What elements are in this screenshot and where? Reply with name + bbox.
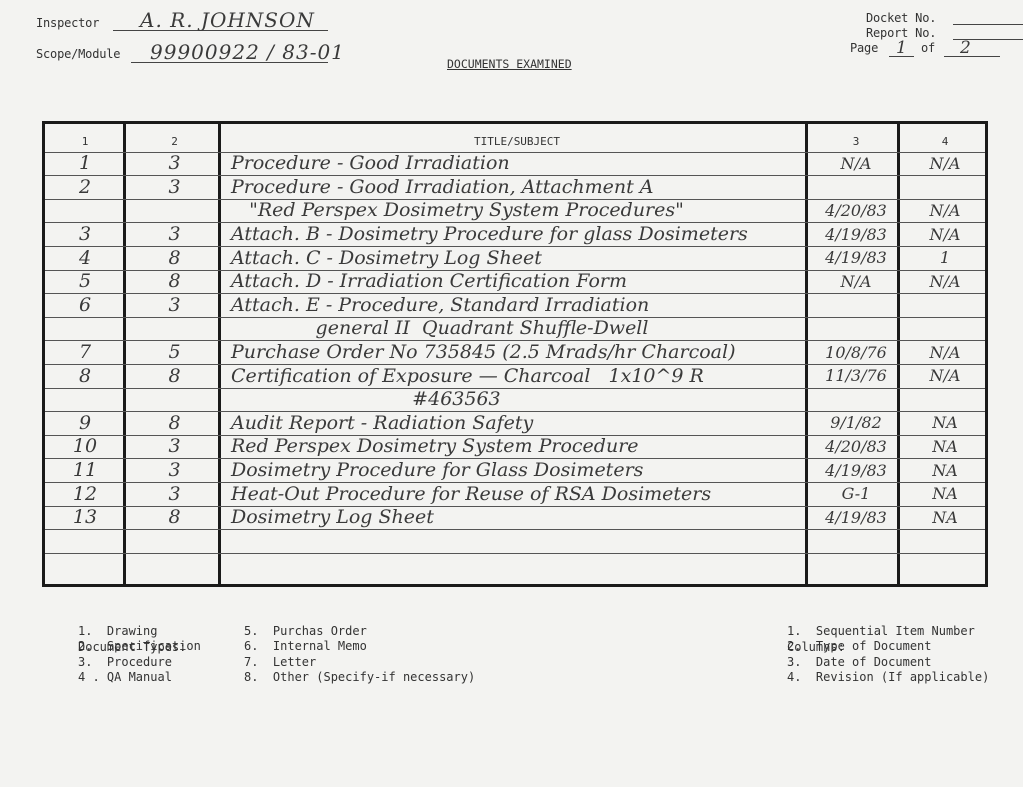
title-subject-cell[interactable]: Attach. E - Procedure, Standard Irradiat… — [225, 293, 815, 317]
documents-table: 1 2 TITLE/SUBJECT 3 4 13Procedure - Good… — [42, 121, 988, 587]
document-date-cell[interactable]: G-1 — [811, 482, 901, 506]
item-number-cell[interactable]: 5 — [45, 270, 125, 294]
title-subject-cell[interactable]: Procedure - Good Irradiation, Attachment… — [225, 175, 815, 199]
column-header-1: 1 — [45, 130, 125, 154]
document-type-cell[interactable]: 3 — [128, 293, 221, 317]
document-types-list-right: 5. Purchas Order6. Internal Memo7. Lette… — [244, 624, 475, 685]
document-type-cell[interactable] — [128, 199, 221, 223]
revision-cell[interactable]: NA — [904, 411, 986, 435]
scope-label: Scope/Module — [36, 47, 120, 61]
document-type-cell[interactable]: 5 — [128, 340, 221, 364]
document-type-cell[interactable]: 3 — [128, 222, 221, 246]
table-row: 88Certification of Exposure — Charcoal 1… — [45, 364, 985, 388]
item-number-cell[interactable]: 7 — [45, 340, 125, 364]
revision-cell[interactable] — [904, 529, 986, 553]
document-type-cell[interactable]: 8 — [128, 246, 221, 270]
revision-cell[interactable]: N/A — [904, 364, 986, 388]
table-row: 58Attach. D - Irradiation Certification … — [45, 270, 985, 294]
of-label: of — [921, 41, 935, 55]
document-type-cell[interactable]: 3 — [128, 435, 221, 459]
document-type-cell[interactable]: 8 — [128, 270, 221, 294]
table-row: 23Procedure - Good Irradiation, Attachme… — [45, 175, 985, 199]
document-date-cell[interactable]: N/A — [811, 270, 901, 294]
page-number[interactable]: 1 — [896, 38, 907, 58]
document-date-cell[interactable]: 4/19/83 — [811, 458, 901, 482]
table-row: 103Red Perspex Dosimetry System Procedur… — [45, 435, 985, 459]
document-title: DOCUMENTS EXAMINED — [447, 57, 572, 71]
table-row: general II Quadrant Shuffle-Dwell — [45, 317, 985, 341]
document-date-cell[interactable] — [811, 317, 901, 341]
item-number-cell[interactable] — [45, 199, 125, 223]
table-row: #463563 — [45, 388, 985, 412]
revision-cell[interactable]: N/A — [904, 199, 986, 223]
document-type-cell[interactable]: 3 — [128, 152, 221, 176]
revision-cell[interactable] — [904, 293, 986, 317]
document-types-list-left: 1. Drawing2. Specification3. Procedure4 … — [78, 624, 201, 685]
title-subject-cell[interactable]: Red Perspex Dosimetry System Procedure — [225, 435, 815, 459]
legend-item: 6. Internal Memo — [244, 639, 475, 654]
title-subject-cell[interactable]: Audit Report - Radiation Safety — [225, 411, 815, 435]
item-number-cell[interactable] — [45, 388, 125, 412]
document-date-cell[interactable]: 4/19/83 — [811, 246, 901, 270]
revision-cell[interactable]: NA — [904, 506, 986, 530]
table-row: 63Attach. E - Procedure, Standard Irradi… — [45, 293, 985, 317]
document-date-cell[interactable]: 11/3/76 — [811, 364, 901, 388]
title-subject-cell[interactable]: Attach. D - Irradiation Certification Fo… — [225, 270, 815, 294]
title-subject-cell[interactable]: general II Quadrant Shuffle-Dwell — [225, 317, 815, 341]
item-number-cell[interactable]: 11 — [45, 458, 125, 482]
item-number-cell[interactable]: 3 — [45, 222, 125, 246]
document-date-cell[interactable]: 4/19/83 — [811, 222, 901, 246]
revision-cell[interactable]: NA — [904, 435, 986, 459]
legend-item: 7. Letter — [244, 655, 475, 670]
document-date-cell[interactable] — [811, 175, 901, 199]
document-date-cell[interactable]: 4/20/83 — [811, 435, 901, 459]
legend-item: 2. Type of Document — [787, 639, 989, 654]
legend-item: 5. Purchas Order — [244, 624, 475, 639]
item-number-cell[interactable]: 2 — [45, 175, 125, 199]
title-subject-cell[interactable]: Procedure - Good Irradiation — [225, 152, 815, 176]
document-type-cell[interactable] — [128, 317, 221, 341]
title-subject-cell[interactable]: Dosimetry Log Sheet — [225, 506, 815, 530]
document-date-cell[interactable] — [811, 529, 901, 553]
title-subject-cell[interactable]: "Red Perspex Dosimetry System Procedures… — [225, 199, 815, 223]
title-subject-cell[interactable]: Attach. C - Dosimetry Log Sheet — [225, 246, 815, 270]
document-type-cell[interactable]: 8 — [128, 506, 221, 530]
page-label: Page — [850, 41, 878, 55]
inspector-label: Inspector — [36, 16, 99, 30]
column-header-title: TITLE/SUBJECT — [225, 130, 809, 154]
document-type-cell[interactable]: 3 — [128, 175, 221, 199]
revision-cell[interactable]: 1 — [904, 246, 986, 270]
column-header-4: 4 — [904, 130, 986, 154]
columns-legend-list: 1. Sequential Item Number2. Type of Docu… — [787, 624, 989, 685]
title-subject-cell[interactable]: Attach. B - Dosimetry Procedure for glas… — [225, 222, 815, 246]
table-row — [45, 553, 985, 577]
revision-cell[interactable]: N/A — [904, 222, 986, 246]
table-row: 113Dosimetry Procedure for Glass Dosimet… — [45, 458, 985, 482]
revision-cell[interactable]: N/A — [904, 270, 986, 294]
item-number-cell[interactable]: 1 — [45, 152, 125, 176]
document-date-cell[interactable]: 4/19/83 — [811, 506, 901, 530]
item-number-cell[interactable]: 8 — [45, 364, 125, 388]
table-row: 33Attach. B - Dosimetry Procedure for gl… — [45, 222, 985, 246]
legend-item: 2. Specification — [78, 639, 201, 654]
docket-line[interactable] — [953, 24, 1023, 25]
document-type-cell[interactable] — [128, 529, 221, 553]
revision-cell[interactable]: N/A — [904, 340, 986, 364]
document-date-cell[interactable] — [811, 553, 901, 577]
revision-cell[interactable] — [904, 175, 986, 199]
table-row: 75Purchase Order No 735845 (2.5 Mrads/hr… — [45, 340, 985, 364]
document-type-cell[interactable]: 8 — [128, 364, 221, 388]
scope-value[interactable]: 99900922 / 83-01 — [150, 40, 345, 64]
legend-item: 1. Drawing — [78, 624, 201, 639]
page-total-line — [944, 56, 1000, 57]
item-number-cell[interactable] — [45, 553, 125, 577]
item-number-cell[interactable]: 12 — [45, 482, 125, 506]
table-row — [45, 529, 985, 553]
item-number-cell[interactable]: 10 — [45, 435, 125, 459]
table-header-row: 1 2 TITLE/SUBJECT 3 4 — [45, 130, 985, 154]
revision-cell[interactable] — [904, 388, 986, 412]
item-number-cell[interactable]: 6 — [45, 293, 125, 317]
docket-label: Docket No. — [866, 11, 936, 25]
title-subject-cell[interactable]: Dosimetry Procedure for Glass Dosimeters — [225, 458, 815, 482]
table-row: 98Audit Report - Radiation Safety9/1/82N… — [45, 411, 985, 435]
document-date-cell[interactable]: 4/20/83 — [811, 199, 901, 223]
legend-item: 3. Date of Document — [787, 655, 989, 670]
document-type-cell[interactable] — [128, 553, 221, 577]
document-date-cell[interactable] — [811, 388, 901, 412]
revision-cell[interactable] — [904, 553, 986, 577]
table-row: 138Dosimetry Log Sheet4/19/83NA — [45, 506, 985, 530]
revision-cell[interactable]: NA — [904, 482, 986, 506]
table-row: 48Attach. C - Dosimetry Log Sheet4/19/83… — [45, 246, 985, 270]
item-number-cell[interactable] — [45, 529, 125, 553]
legend-item: 1. Sequential Item Number — [787, 624, 989, 639]
legend-item: 4 . QA Manual — [78, 670, 201, 685]
column-header-3: 3 — [811, 130, 901, 154]
item-number-cell[interactable]: 9 — [45, 411, 125, 435]
document-type-cell[interactable]: 3 — [128, 482, 221, 506]
title-subject-cell[interactable]: Heat-Out Procedure for Reuse of RSA Dosi… — [225, 482, 815, 506]
item-number-cell[interactable]: 13 — [45, 506, 125, 530]
table-row: 13Procedure - Good IrradiationN/AN/A — [45, 152, 985, 176]
revision-cell[interactable] — [904, 317, 986, 341]
document-date-cell[interactable]: 9/1/82 — [811, 411, 901, 435]
title-subject-cell[interactable] — [225, 553, 815, 577]
legend-item: 4. Revision (If applicable) — [787, 670, 989, 685]
title-subject-cell[interactable]: #463563 — [225, 388, 815, 412]
revision-cell[interactable]: N/A — [904, 152, 986, 176]
revision-cell[interactable]: NA — [904, 458, 986, 482]
legend-item: 8. Other (Specify-if necessary) — [244, 670, 475, 685]
document-type-cell[interactable] — [128, 388, 221, 412]
legend-item: 3. Procedure — [78, 655, 201, 670]
document-date-cell[interactable]: 10/8/76 — [811, 340, 901, 364]
document-type-cell[interactable]: 3 — [128, 458, 221, 482]
document-type-cell[interactable]: 8 — [128, 411, 221, 435]
item-number-cell[interactable] — [45, 317, 125, 341]
table-row: "Red Perspex Dosimetry System Procedures… — [45, 199, 985, 223]
item-number-cell[interactable]: 4 — [45, 246, 125, 270]
inspector-value[interactable]: A. R. JOHNSON — [140, 8, 315, 32]
title-subject-cell[interactable]: Purchase Order No 735845 (2.5 Mrads/hr C… — [225, 340, 815, 364]
table-row: 123Heat-Out Procedure for Reuse of RSA D… — [45, 482, 985, 506]
page-total[interactable]: 2 — [960, 38, 971, 58]
column-header-2: 2 — [128, 130, 221, 154]
title-subject-cell[interactable] — [225, 529, 815, 553]
title-subject-cell[interactable]: Certification of Exposure — Charcoal 1x1… — [225, 364, 815, 388]
document-date-cell[interactable] — [811, 293, 901, 317]
document-date-cell[interactable]: N/A — [811, 152, 901, 176]
